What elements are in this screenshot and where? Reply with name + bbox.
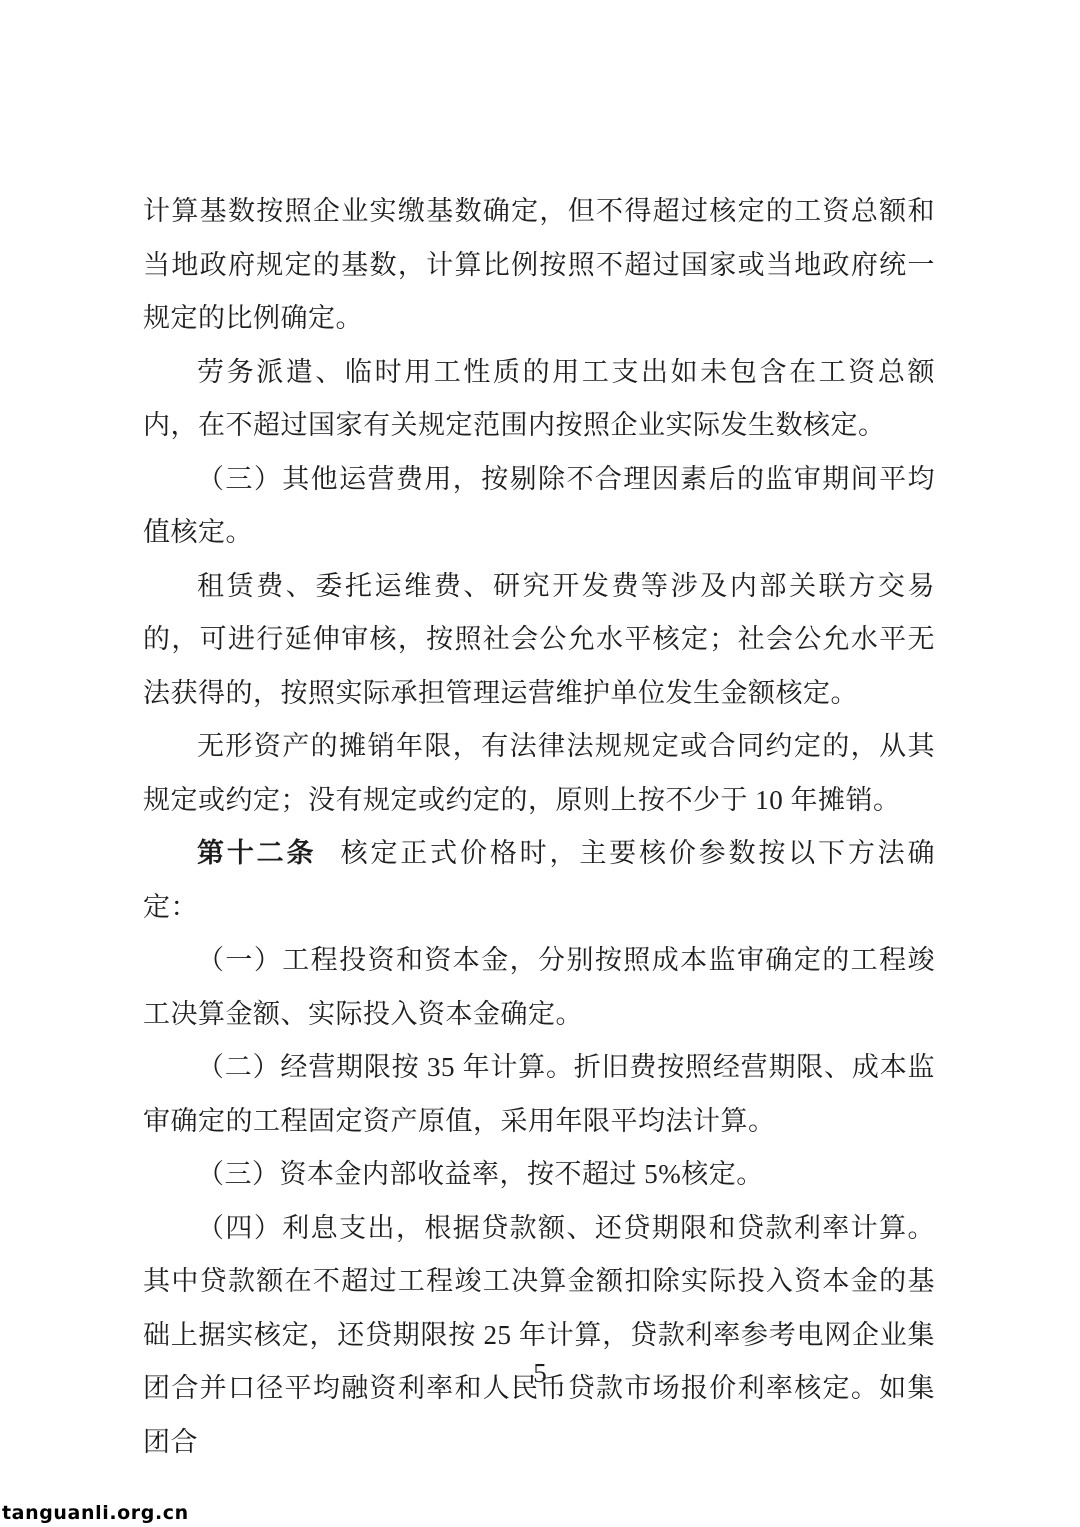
paragraph: 计算基数按照企业实缴基数确定，但不得超过核定的工资总额和当地政府规定的基数，计算… bbox=[143, 185, 935, 346]
paragraph: 劳务派遣、临时用工性质的用工支出如未包含在工资总额内，在不超过国家有关规定范围内… bbox=[143, 346, 935, 453]
page-number: 5 bbox=[0, 1358, 1080, 1389]
paragraph: （二）经营期限按 35 年计算。折旧费按照经营期限、成本监审确定的工程固定资产原… bbox=[143, 1041, 935, 1148]
paragraph: （三）资本金内部收益率，按不超过 5%核定。 bbox=[143, 1148, 935, 1202]
article-number: 第十二条 bbox=[197, 838, 316, 868]
paragraph: （四）利息支出，根据贷款额、还贷期限和贷款利率计算。其中贷款额在不超过工程竣工决… bbox=[143, 1202, 935, 1470]
paragraph: 无形资产的摊销年限，有法律法规规定或合同约定的，从其规定或约定；没有规定或约定的… bbox=[143, 720, 935, 827]
paragraph: （三）其他运营费用，按剔除不合理因素后的监审期间平均值核定。 bbox=[143, 453, 935, 560]
paragraph: 租赁费、委托运维费、研究开发费等涉及内部关联方交易的，可进行延伸审核，按照社会公… bbox=[143, 560, 935, 721]
paragraph: （一）工程投资和资本金，分别按照成本监审确定的工程竣工决算金额、实际投入资本金确… bbox=[143, 934, 935, 1041]
document-page: 计算基数按照企业实缴基数确定，但不得超过核定的工资总额和当地政府规定的基数，计算… bbox=[0, 0, 1080, 1527]
document-body: 计算基数按照企业实缴基数确定，但不得超过核定的工资总额和当地政府规定的基数，计算… bbox=[143, 185, 935, 1469]
watermark-text: tanguanli.org.cn bbox=[2, 1502, 189, 1524]
paragraph: 第十二条核定正式价格时，主要核价参数按以下方法确定： bbox=[143, 827, 935, 934]
